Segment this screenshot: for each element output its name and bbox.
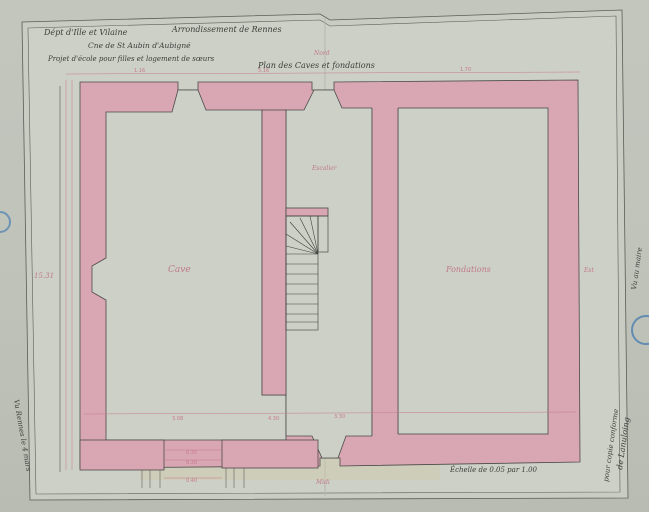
dim-step1: 0.35 (186, 450, 197, 456)
inner-wall-right (372, 100, 398, 440)
dim-top-right: 1.70 (460, 67, 471, 73)
margin-note-maire: Vu au maire (630, 247, 644, 290)
orientation-north: Nord (313, 50, 330, 57)
room-label-fondations: Fondations (445, 265, 491, 274)
dim-bottom-left: 3.08 (172, 416, 183, 422)
dim-top-left: 1.16 (134, 68, 145, 74)
header-line1-left: Dépt d'Ille et Vilaine (43, 28, 128, 37)
dim-bottom-right: 3.30 (334, 414, 345, 420)
plan-title: Plan des Caves et fondations (257, 61, 375, 70)
floor-plan-drawing: Dépt d'Ille et Vilaine Arrondissement de… (0, 0, 649, 512)
landing-wall (286, 208, 328, 216)
dim-step3: 0.40 (186, 478, 197, 484)
header-line2: Cne de St Aubin d'Aubigné (88, 41, 191, 50)
dim-left-total: 15.31 (34, 272, 54, 280)
document-sheet: Dépt d'Ille et Vilaine Arrondissement de… (0, 0, 649, 512)
official-stamp-left (0, 212, 10, 232)
header-line3: Projet d'école pour filles et logement d… (47, 55, 215, 63)
room-voids (92, 90, 548, 458)
room-label-cave: Cave (168, 265, 191, 275)
dim-bottom-mid: 4.30 (268, 416, 279, 422)
orientation-east: Est (583, 267, 594, 274)
dim-step2: 0.30 (186, 460, 197, 466)
official-stamp-right (632, 316, 649, 344)
dim-top-mid: 5.16 (258, 68, 269, 74)
header-line1-right: Arrondissement de Rennes (171, 25, 282, 34)
room-label-escalier: Escalier (311, 165, 338, 172)
orientation-south: Midi (315, 479, 330, 486)
inner-wall (262, 110, 286, 395)
scale-note: Échelle de 0.05 par 1.00 (449, 465, 538, 474)
